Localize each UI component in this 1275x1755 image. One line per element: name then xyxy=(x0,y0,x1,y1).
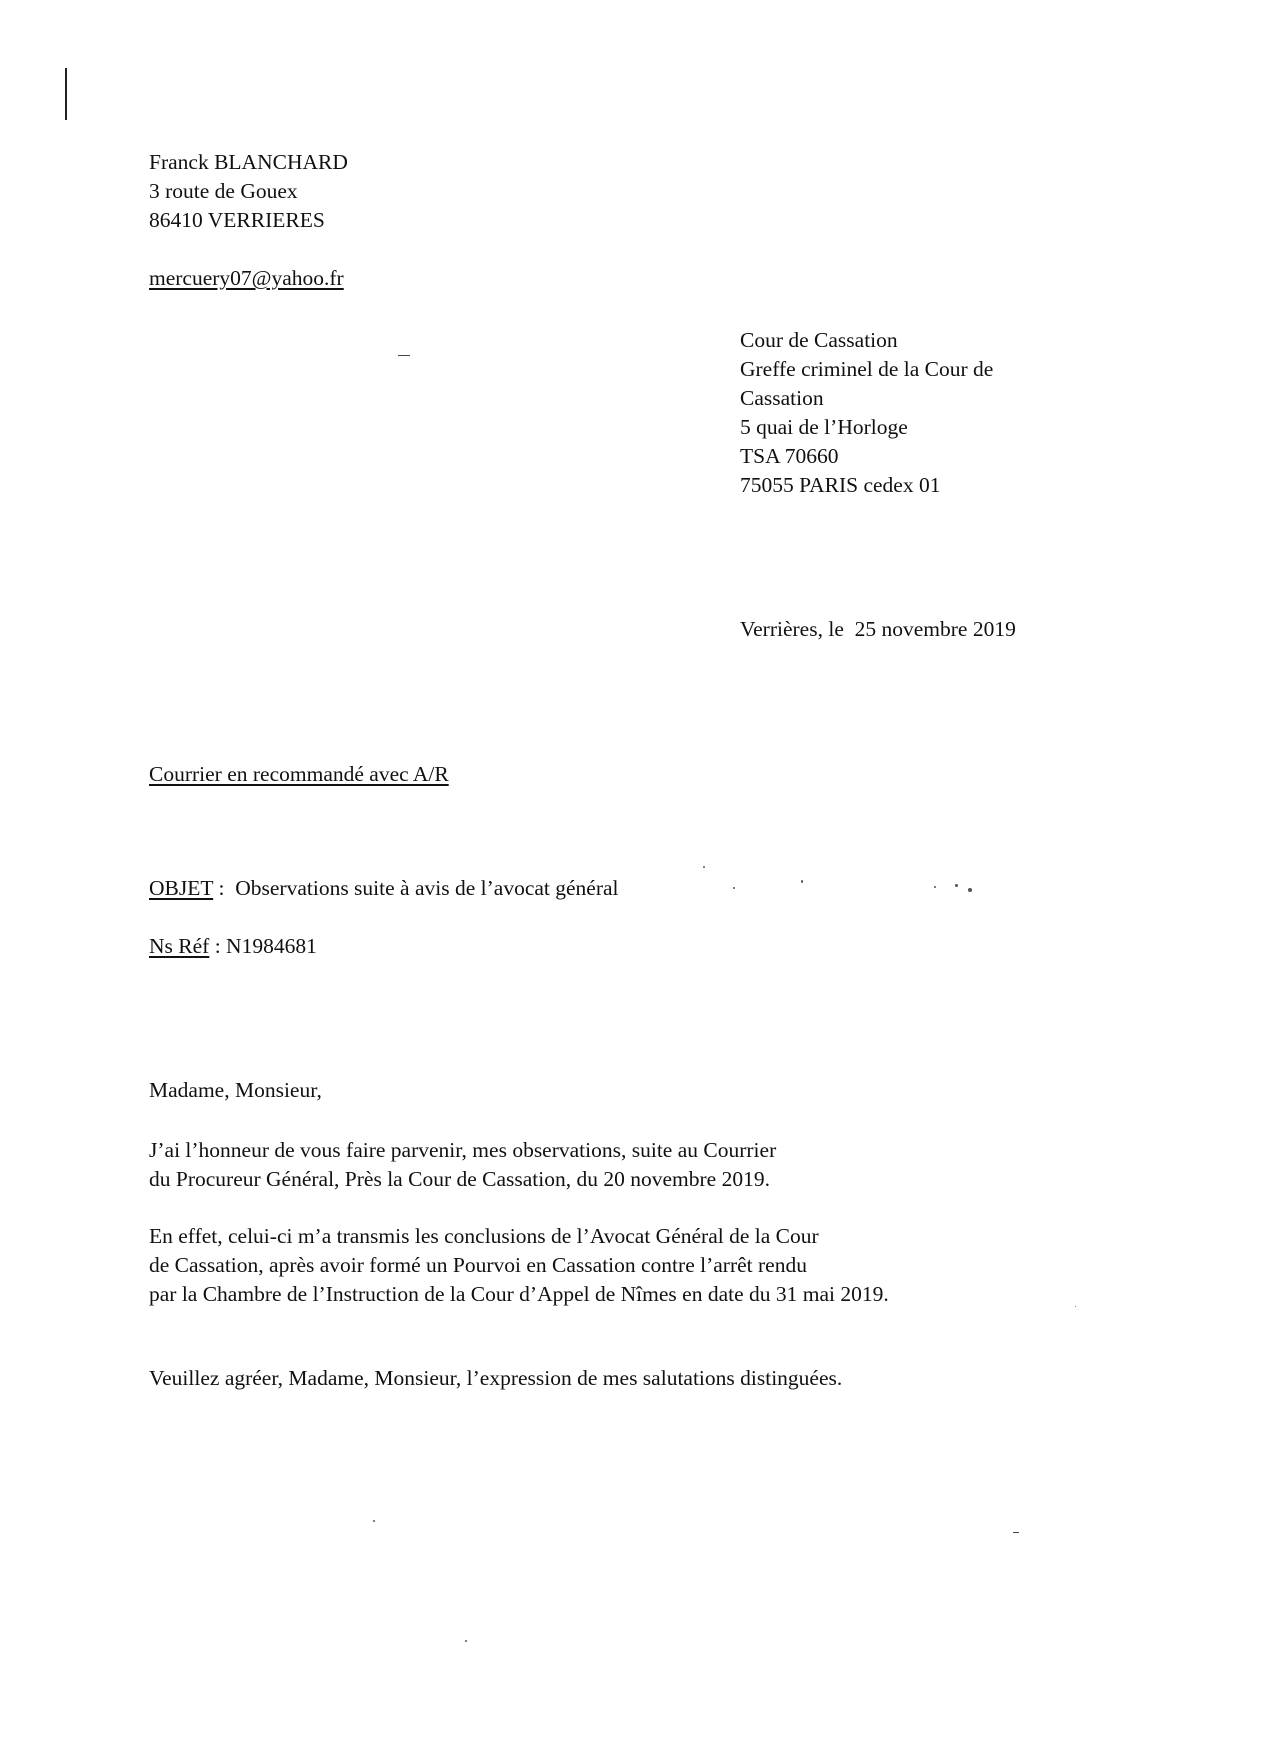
closing-block: Veuillez agréer, Madame, Monsieur, l’exp… xyxy=(149,1364,842,1393)
reference-label: Ns Réf xyxy=(149,934,209,958)
recipient-line: Cour de Cassation xyxy=(740,326,993,355)
paragraph-line: du Procureur Général, Près la Cour de Ca… xyxy=(149,1165,776,1194)
paragraph-line: par la Chambre de l’Instruction de la Co… xyxy=(149,1280,889,1309)
subject-label: OBJET xyxy=(149,876,213,900)
subject-line: OBJET : Observations suite à avis de l’a… xyxy=(149,874,619,903)
scan-speck xyxy=(968,888,972,892)
scan-speck xyxy=(955,884,958,887)
subject-separator: : xyxy=(213,876,235,900)
paragraph-1: J’ai l’honneur de vous faire parvenir, m… xyxy=(149,1136,776,1194)
scan-speck xyxy=(801,880,803,883)
sender-address: Franck BLANCHARD 3 route de Gouex 86410 … xyxy=(149,148,348,235)
scan-speck xyxy=(1075,1306,1076,1307)
paragraph-line: J’ai l’honneur de vous faire parvenir, m… xyxy=(149,1136,776,1165)
recipient-line: TSA 70660 xyxy=(740,442,993,471)
scan-dash xyxy=(398,355,410,356)
scan-speck xyxy=(733,887,735,889)
letter-page: Franck BLANCHARD 3 route de Gouex 86410 … xyxy=(0,0,1275,1755)
reference-separator: : xyxy=(209,934,226,958)
paragraph-2: En effet, celui-ci m’a transmis les conc… xyxy=(149,1222,889,1309)
recipient-line: Greffe criminel de la Cour de xyxy=(740,355,993,384)
sender-email-block: mercuery07@yahoo.fr xyxy=(149,264,344,293)
scan-dash xyxy=(1013,1532,1019,1533)
recipient-line: 5 quai de l’Horloge xyxy=(740,413,993,442)
margin-mark xyxy=(65,68,67,120)
scan-speck xyxy=(373,1520,375,1522)
greeting-block: Madame, Monsieur, xyxy=(149,1076,322,1105)
sender-street: 3 route de Gouex xyxy=(149,177,348,206)
recipient-line: Cassation xyxy=(740,384,993,413)
sender-name: Franck BLANCHARD xyxy=(149,148,348,177)
recipient-line: 75055 PARIS cedex 01 xyxy=(740,471,993,500)
delivery-mode: Courrier en recommandé avec A/R xyxy=(149,760,449,789)
subject-text: Observations suite à avis de l’avocat gé… xyxy=(235,876,618,900)
recipient-address: Cour de Cassation Greffe criminel de la … xyxy=(740,326,993,500)
closing-formula: Veuillez agréer, Madame, Monsieur, l’exp… xyxy=(149,1364,842,1393)
letter-date-block: Verrières, le 25 novembre 2019 xyxy=(740,615,1016,644)
letter-date: Verrières, le 25 novembre 2019 xyxy=(740,615,1016,644)
paragraph-line: En effet, celui-ci m’a transmis les conc… xyxy=(149,1222,889,1251)
sender-city: 86410 VERRIERES xyxy=(149,206,348,235)
reference-line: Ns Réf : N1984681 xyxy=(149,932,317,961)
paragraph-line: de Cassation, après avoir formé un Pourv… xyxy=(149,1251,889,1280)
scan-speck xyxy=(465,1640,467,1642)
sender-email-link[interactable]: mercuery07@yahoo.fr xyxy=(149,264,344,293)
delivery-mode-block: Courrier en recommandé avec A/R xyxy=(149,760,449,789)
reference-value: N1984681 xyxy=(226,934,317,958)
scan-speck xyxy=(703,866,705,868)
scan-speck xyxy=(934,886,936,888)
greeting: Madame, Monsieur, xyxy=(149,1076,322,1105)
